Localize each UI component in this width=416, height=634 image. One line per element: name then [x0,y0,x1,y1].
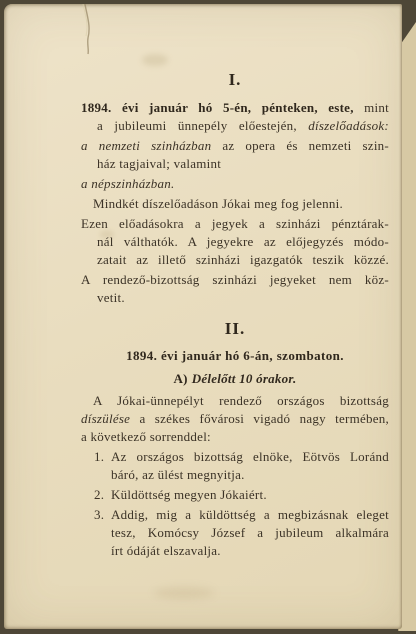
text-run: 1894. évi január hó 5-én, pénteken, este… [81,100,354,115]
text-line: a népszinházban. [81,175,389,193]
text-run: tesz, Komócsy József a jubileum alkalmár… [111,525,389,540]
text-line: Addig, mig a küldöttség a megbizásnak el… [111,506,389,524]
paragraph: Mindkét díszelőadáson Jókai meg fog jele… [81,195,389,213]
text-line: vetit. [81,289,389,307]
text-run: az opera és nemzeti szin- [211,138,389,153]
text-line: A Jókai-ünnepélyt rendező országos bizot… [81,392,389,410]
text-line: zatait az illető szinházi igazgatók tesz… [81,251,389,269]
text-run: vetit. [97,290,125,305]
text-run: a jubileumi ünnepély előestején, [97,118,308,133]
time-heading: A)Délelőtt 10 órakor. [81,370,389,387]
list-item: 3. Addig, mig a küldöttség a megbizásnak… [81,506,389,560]
text-run: A Jókai-ünnepélyt rendező országos bizot… [93,393,389,408]
text-run: báró, az ülést megnyitja. [111,467,245,482]
text-line: a következő sorrenddel: [81,428,389,446]
text-run: díszülése [81,411,130,426]
text-run: Küldöttség megyen Jókaiért. [111,487,267,502]
section-2-numeral: II. [81,319,389,339]
paragraph: A rendező-bizottság szinházi jegyeket ne… [81,271,389,307]
text-line: Az országos bizottság elnöke, Eötvös Lor… [111,448,389,466]
text-line: Küldöttség megyen Jókaiért. [111,486,389,504]
time-heading-title: Délelőtt 10 órakor. [192,371,297,386]
paragraph: a népszinházban. [81,175,389,193]
date-heading: 1894. évi január hó 6-án, szombaton. [81,347,389,364]
list-item: 1. Az országos bizottság elnöke, Eötvös … [81,448,389,484]
list-item: 2. Küldöttség megyen Jókaiért. [81,486,389,504]
text-run: Mindkét díszelőadáson Jókai meg fog jele… [93,196,343,211]
text-line: nál válthatók. A jegyekre az előjegyzés … [81,233,389,251]
text-line: Mindkét díszelőadáson Jókai meg fog jele… [81,195,389,213]
agenda-list: 1. Az országos bizottság elnöke, Eötvös … [81,448,389,560]
text-line: ház tagjaival; valamint [81,155,389,173]
text-run: Az országos bizottság elnöke, Eötvös Lor… [111,449,389,464]
document-content: I. 1894. évi január hó 5-én, pénteken, e… [81,4,389,560]
text-run: a székes fővárosi vigadó nagy termében, [130,411,389,426]
text-line: báró, az ülést megnyitja. [111,466,389,484]
text-run: zatait az illető szinházi igazgatók tesz… [97,252,389,267]
time-heading-prefix: A) [174,371,188,386]
text-run: a nemzeti szinházban [81,138,211,153]
paragraph: a nemzeti szinházban az opera és nemzeti… [81,137,389,173]
scanned-page: I. 1894. évi január hó 5-én, pénteken, e… [4,4,402,629]
text-run: Ezen előadásokra a jegyek a szinházi pén… [81,216,389,231]
text-line: Ezen előadásokra a jegyek a szinházi pén… [81,215,389,233]
section-1-numeral: I. [81,4,389,90]
text-run: írt ódáját elszavalja. [111,543,221,558]
paper-stain [154,587,214,599]
text-run: ház tagjaival; valamint [97,156,221,171]
scan-background: I. 1894. évi január hó 5-én, pénteken, e… [0,0,416,634]
text-run: a következő sorrenddel: [81,429,211,444]
text-run: a népszinházban. [81,176,175,191]
text-line: a nemzeti szinházban az opera és nemzeti… [81,137,389,155]
paragraph: 1894. évi január hó 5-én, pénteken, este… [81,99,389,135]
text-line: tesz, Komócsy József a jubileum alkalmár… [111,524,389,542]
paragraph: Ezen előadásokra a jegyek a szinházi pén… [81,215,389,269]
text-run: A rendező-bizottság szinházi jegyeket ne… [81,272,389,287]
text-run: mint [354,100,389,115]
text-run: nál válthatók. A jegyekre az előjegyzés … [97,234,389,249]
text-line: A rendező-bizottság szinházi jegyeket ne… [81,271,389,289]
list-item-number: 3. [94,506,104,524]
paragraph: A Jókai-ünnepélyt rendező országos bizot… [81,392,389,446]
text-run: díszelőadások: [308,118,389,133]
text-line: a jubileumi ünnepély előestején, díszelő… [81,117,389,135]
text-line: díszülése a székes fővárosi vigadó nagy … [81,410,389,428]
list-item-number: 1. [94,448,104,466]
text-line: írt ódáját elszavalja. [111,542,389,560]
text-run: Addig, mig a küldöttség a megbizásnak el… [111,507,389,522]
text-line: 1894. évi január hó 5-én, pénteken, este… [81,99,389,117]
list-item-number: 2. [94,486,104,504]
